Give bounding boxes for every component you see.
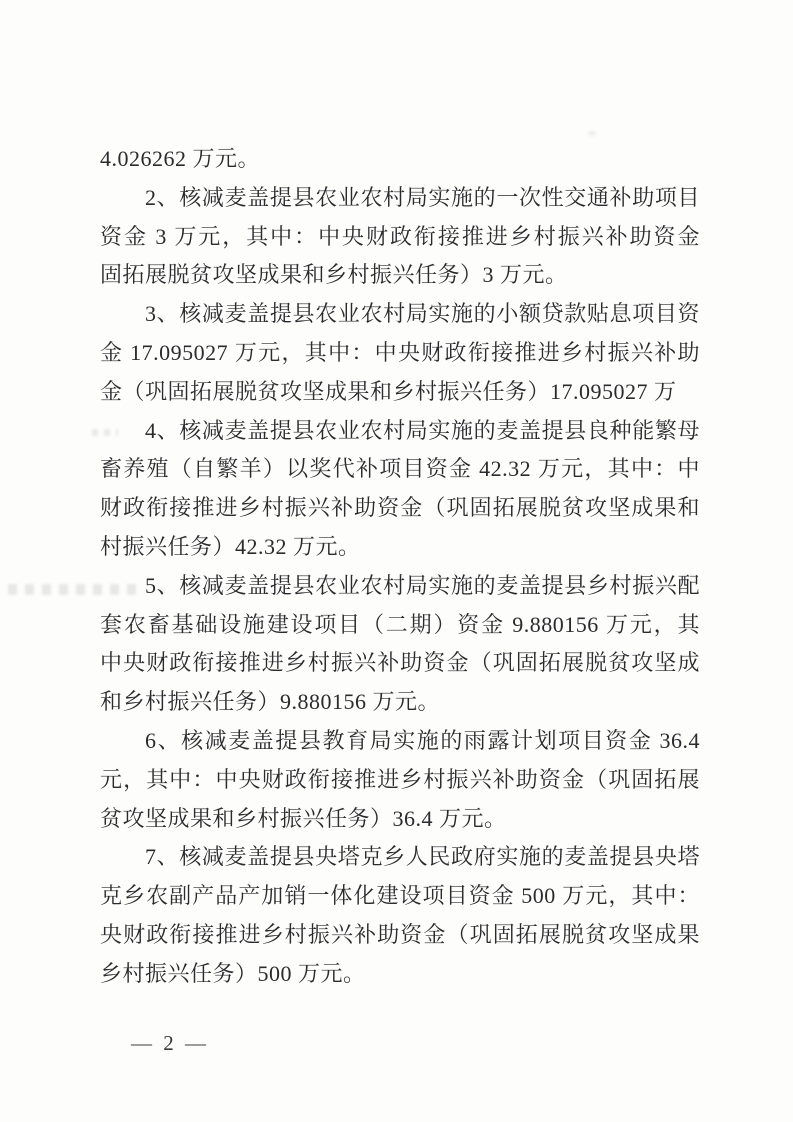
text-line: 乡村振兴任务）500 万元。 <box>100 955 700 994</box>
text-line: 套农畜基础设施建设项目（二期）资金 9.880156 万元，其中： <box>100 606 700 645</box>
text-line: 6、核减麦盖提县教育局实施的雨露计划项目资金 36.4 万 <box>100 722 700 761</box>
text-line: 5、核减麦盖提县农业农村局实施的麦盖提县乡村振兴配 <box>100 567 700 606</box>
text-line: 贫攻坚成果和乡村振兴任务）36.4 万元。 <box>100 800 700 839</box>
text-line: 中央财政衔接推进乡村振兴补助资金（巩固拓展脱贫攻坚成果 <box>100 644 700 683</box>
text-line: 村振兴任务）42.32 万元。 <box>100 528 700 567</box>
document-page: 4.026262 万元。 2、核减麦盖提县农业农村局实施的一次性交通补助项目 资… <box>0 0 793 1122</box>
text-line: 4、核减麦盖提县农业农村局实施的麦盖提县良种能繁母 <box>100 412 700 451</box>
text-line: 2、核减麦盖提县农业农村局实施的一次性交通补助项目 <box>100 179 700 218</box>
body-text: 4.026262 万元。 2、核减麦盖提县农业农村局实施的一次性交通补助项目 资… <box>100 140 700 994</box>
text-line: 央财政衔接推进乡村振兴补助资金（巩固拓展脱贫攻坚成果和 <box>100 916 700 955</box>
text-line: 3、核减麦盖提县农业农村局实施的小额贷款贴息项目资 <box>100 295 700 334</box>
text-line: 财政衔接推进乡村振兴补助资金（巩固拓展脱贫攻坚成果和乡 <box>100 489 700 528</box>
paragraph-continuation: 4.026262 万元。 <box>100 140 700 179</box>
text-line: 7、核减麦盖提县央塔克乡人民政府实施的麦盖提县央塔 <box>100 838 700 877</box>
text-line: 克乡农副产品产加销一体化建设项目资金 500 万元，其中：中 <box>100 877 700 916</box>
text-line: 资金 3 万元，其中：中央财政衔接推进乡村振兴补助资金（巩 <box>100 218 700 257</box>
paragraph-item-4: 4、核减麦盖提县农业农村局实施的麦盖提县良种能繁母 畜养殖（自繁羊）以奖代补项目… <box>100 412 700 567</box>
paragraph-item-3: 3、核减麦盖提县农业农村局实施的小额贷款贴息项目资 金 17.095027 万元… <box>100 295 700 411</box>
text-line: 固拓展脱贫攻坚成果和乡村振兴任务）3 万元。 <box>100 256 700 295</box>
paragraph-item-7: 7、核减麦盖提县央塔克乡人民政府实施的麦盖提县央塔 克乡农副产品产加销一体化建设… <box>100 838 700 993</box>
text-line: 金（巩固拓展脱贫攻坚成果和乡村振兴任务）17.095027 万元。 <box>100 373 700 412</box>
paragraph-item-2: 2、核减麦盖提县农业农村局实施的一次性交通补助项目 资金 3 万元，其中：中央财… <box>100 179 700 295</box>
paragraph-item-5: 5、核减麦盖提县农业农村局实施的麦盖提县乡村振兴配 套农畜基础设施建设项目（二期… <box>100 567 700 722</box>
paragraph-item-6: 6、核减麦盖提县教育局实施的雨露计划项目资金 36.4 万 元，其中：中央财政衔… <box>100 722 700 838</box>
text-line: 畜养殖（自繁羊）以奖代补项目资金 42.32 万元，其中：中央 <box>100 450 700 489</box>
text-line: 4.026262 万元。 <box>100 140 700 179</box>
text-line: 和乡村振兴任务）9.880156 万元。 <box>100 683 700 722</box>
text-line: 元，其中：中央财政衔接推进乡村振兴补助资金（巩固拓展脱 <box>100 761 700 800</box>
page-number: — 2 — <box>131 1031 209 1056</box>
text-line: 金 17.095027 万元，其中：中央财政衔接推进乡村振兴补助资 <box>100 334 700 373</box>
scan-smudge <box>588 131 596 136</box>
